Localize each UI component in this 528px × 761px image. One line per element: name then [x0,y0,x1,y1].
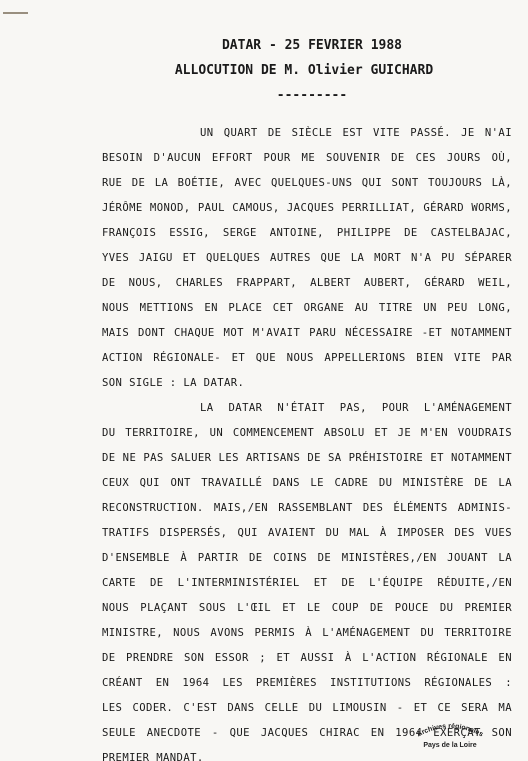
text-line: tratifs dispersés, qui avaient du mal à … [102,526,512,540]
text-line: Un quart de siècle est vite passé. Je n'… [200,126,512,140]
text-line: rue de la Boétie, avec quelques-uns qui … [102,176,512,190]
text-line: nous mettions en place cet organe au tit… [102,301,512,315]
text-line: créant en 1964 les premières institution… [102,676,512,690]
text-line: Yves Jaigu et quelques autres que la mor… [102,251,512,265]
text-line: d'ensemble à partir de coins de ministèr… [102,551,512,565]
text-line: ministre, nous avons permis à l'Aménagem… [102,626,512,640]
document-title: DATAR - 25 FEVRIER 1988 [48,38,528,53]
text-line: ceux qui ont travaillé dans le cadre du … [102,476,512,490]
document-subtitle: ALLOCUTION DE M. Olivier GUICHARD [40,63,528,78]
archive-stamp: Archives régionales Pays de la Loire [400,717,500,753]
text-line: de nous, Charles Frappart, Albert Aubert… [102,276,512,290]
text-line: La DATAR n'était pas, pour l'aménagement [200,401,512,415]
text-line: mais dont chaque mot m'avait paru nécess… [102,326,512,340]
text-line: Reconstruction. Mais,/en rassemblant des… [102,501,512,515]
text-line: nous plaçant sous l'œil et le coup de po… [102,601,512,615]
text-line: de ne pas saluer les artisans de sa préh… [102,451,512,465]
text-line: du territoire, un commencement absolu et… [102,426,512,440]
stamp-subtitle: Pays de la Loire [400,742,500,749]
text-line: les CODER. C'est dans celle du Limousin … [102,701,512,715]
text-line: François Essig, Serge Antoine, Philippe … [102,226,512,240]
text-line: carte de l'interministériel et de l'équi… [102,576,512,590]
svg-text:Archives régionales: Archives régionales [416,723,484,738]
scan-edge-mark [3,12,28,14]
document-page: DATAR - 25 FEVRIER 1988 ALLOCUTION DE M.… [0,0,528,761]
text-line: de prendre son essor ; et aussi à l'Acti… [102,651,512,665]
text-line: son sigle : la DATAR. [102,376,512,390]
text-line: besoin d'aucun effort pour me souvenir d… [102,151,512,165]
text-line: Jérôme Monod, Paul Camous, Jacques Perri… [102,201,512,215]
text-line: Action Régionale- et que nous appellerio… [102,351,512,365]
title-separator: --------- [48,88,528,103]
